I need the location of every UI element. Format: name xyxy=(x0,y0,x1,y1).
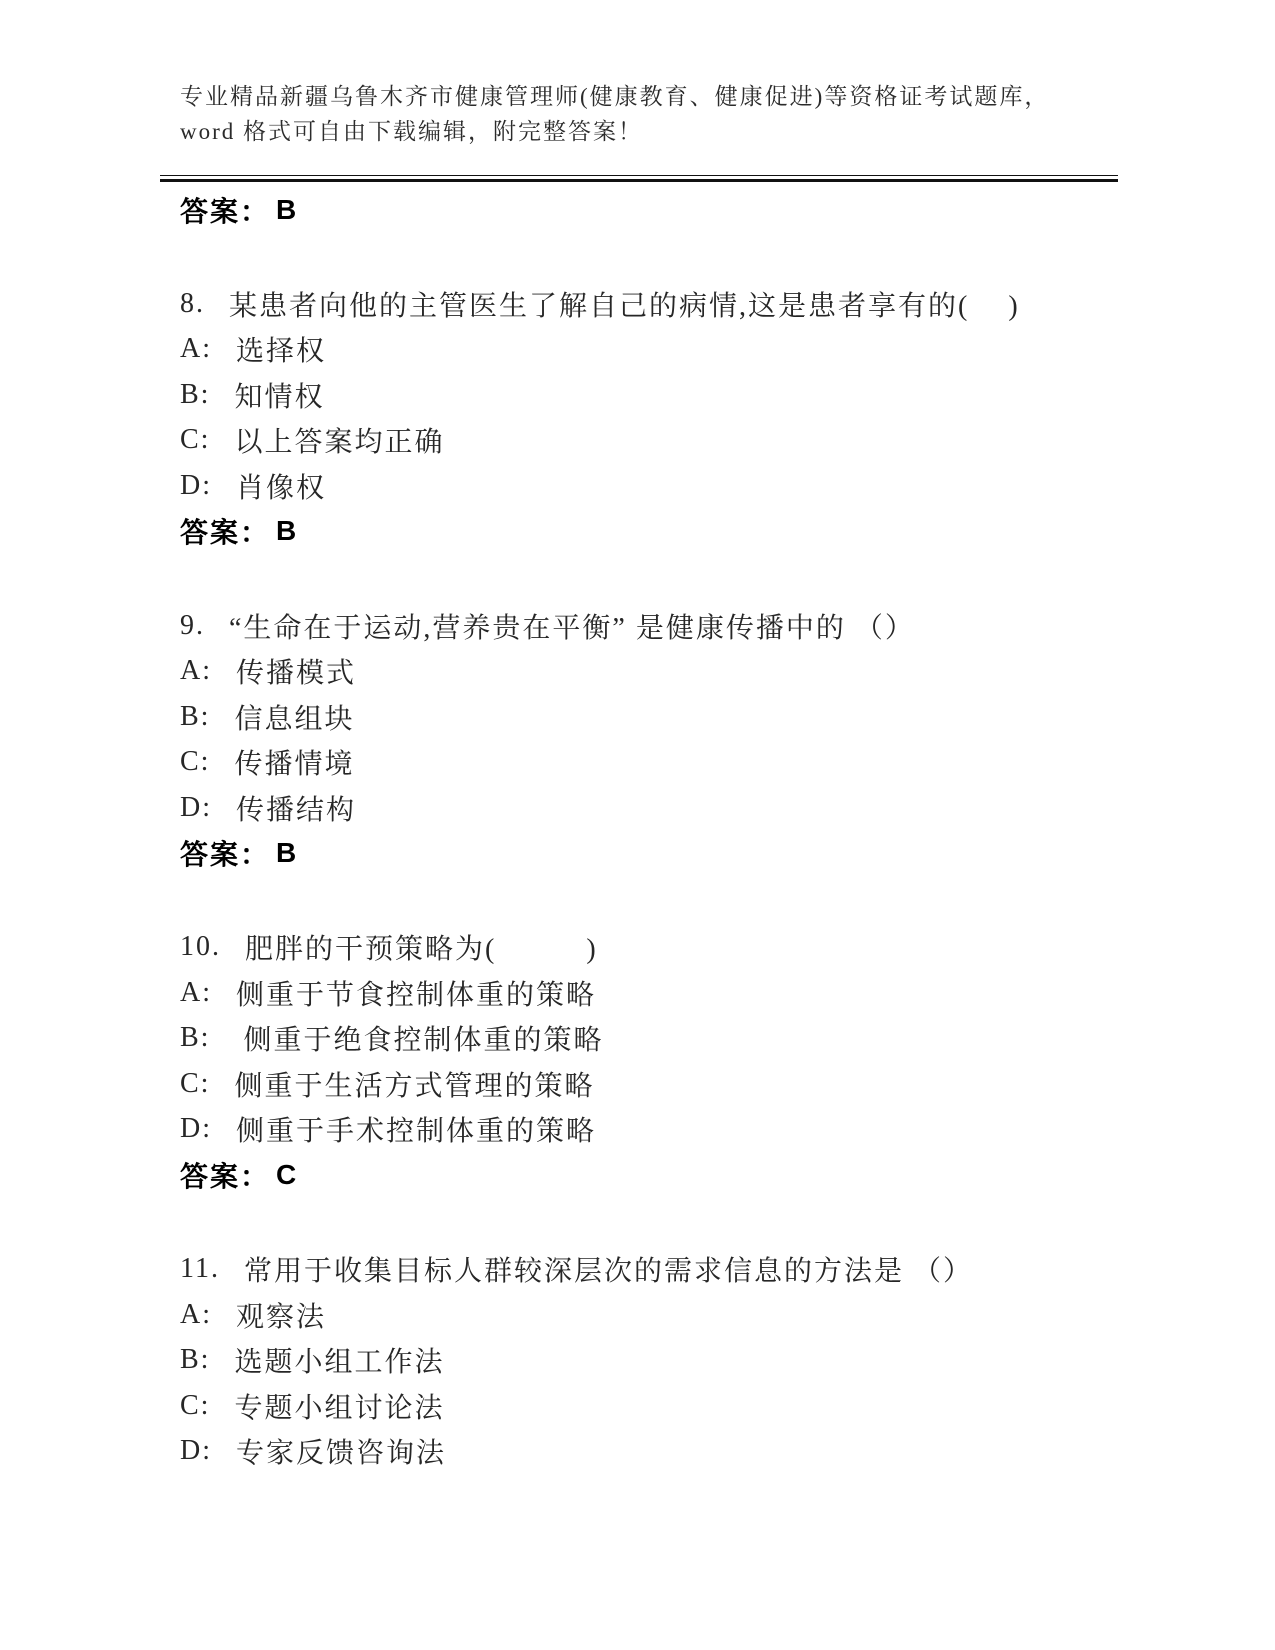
header-line-2: word 格式可自由下载编辑，附完整答案！ xyxy=(180,112,1135,147)
option-line: C:以上答案均正确 xyxy=(180,418,1135,464)
option-label: A: xyxy=(180,655,212,687)
question-text: 肥胖的干预策略为( ) xyxy=(245,927,598,967)
option-label: C: xyxy=(180,1390,210,1422)
option-line: C:专题小组讨论法 xyxy=(180,1383,1135,1429)
question-line: 11.常用于收集目标人群较深层次的需求信息的方法是 （） xyxy=(180,1246,1135,1292)
option-line: B: 侧重于绝食控制体重的策略 xyxy=(180,1016,1135,1062)
option-label: D: xyxy=(180,792,212,824)
question-number: 11. xyxy=(180,1253,220,1285)
option-label: B: xyxy=(180,1022,210,1054)
option-line: A:传播模式 xyxy=(180,648,1135,694)
option-label: C: xyxy=(180,746,210,778)
option-text: 传播情境 xyxy=(234,742,354,782)
option-label: A: xyxy=(180,1299,212,1331)
option-label: A: xyxy=(180,977,212,1009)
answer-value: C xyxy=(276,1159,298,1191)
option-text: 选题小组工作法 xyxy=(234,1340,444,1380)
answer-line: 答案：C xyxy=(180,1152,1135,1198)
option-text: 观察法 xyxy=(236,1295,326,1335)
question-text: 常用于收集目标人群较深层次的需求信息的方法是 （） xyxy=(244,1249,973,1289)
option-label: D: xyxy=(180,1435,212,1467)
answer-value: B xyxy=(276,194,298,226)
question-line: 10.肥胖的干预策略为( ) xyxy=(180,925,1135,971)
option-text: 选择权 xyxy=(236,329,326,369)
question-number: 10. xyxy=(180,931,221,963)
option-line: B:知情权 xyxy=(180,372,1135,418)
question-number: 9. xyxy=(180,610,205,642)
option-text: 知情权 xyxy=(234,375,324,415)
question-text: “生命在于运动,营养贵在平衡” 是健康传播中的 （） xyxy=(229,606,915,646)
option-text: 专题小组讨论法 xyxy=(234,1386,444,1426)
option-text: 肖像权 xyxy=(236,466,326,506)
option-line: C:侧重于生活方式管理的策略 xyxy=(180,1061,1135,1107)
answer-label: 答案： xyxy=(180,1155,270,1195)
option-line: C:传播情境 xyxy=(180,739,1135,785)
option-text: 传播结构 xyxy=(236,788,356,828)
answer-value: B xyxy=(276,515,298,547)
option-text: 侧重于手术控制体重的策略 xyxy=(236,1109,596,1149)
option-label: D: xyxy=(180,1113,212,1145)
answer-label: 答案： xyxy=(180,833,270,873)
question-text: 某患者向他的主管医生了解自己的病情,这是患者享有的( ) xyxy=(229,284,1020,324)
option-line: B:选题小组工作法 xyxy=(180,1337,1135,1383)
option-label: C: xyxy=(180,1068,210,1100)
option-line: A:选择权 xyxy=(180,327,1135,373)
option-line: D:传播结构 xyxy=(180,785,1135,831)
option-label: A: xyxy=(180,333,212,365)
document-page: 专业精品新疆乌鲁木齐市健康管理师(健康教育、健康促进)等资格证考试题库， wor… xyxy=(0,0,1275,1650)
page-header: 专业精品新疆乌鲁木齐市健康管理师(健康教育、健康促进)等资格证考试题库， wor… xyxy=(180,0,1135,182)
question-line: 9.“生命在于运动,营养贵在平衡” 是健康传播中的 （） xyxy=(180,603,1135,649)
option-line: D:肖像权 xyxy=(180,463,1135,509)
answer-value: B xyxy=(276,837,298,869)
option-line: A:观察法 xyxy=(180,1292,1135,1338)
option-line: D:侧重于手术控制体重的策略 xyxy=(180,1107,1135,1153)
header-line-1: 专业精品新疆乌鲁木齐市健康管理师(健康教育、健康促进)等资格证考试题库， xyxy=(180,77,1135,112)
option-label: B: xyxy=(180,379,210,411)
answer-label: 答案： xyxy=(180,511,270,551)
option-text: 以上答案均正确 xyxy=(234,420,444,460)
option-text: 侧重于生活方式管理的策略 xyxy=(234,1064,594,1104)
option-line: B:信息组块 xyxy=(180,694,1135,740)
page-content: 专业精品新疆乌鲁木齐市健康管理师(健康教育、健康促进)等资格证考试题库， wor… xyxy=(180,0,1135,1474)
option-text: 信息组块 xyxy=(234,697,354,737)
option-label: B: xyxy=(180,701,210,733)
answer-line: 答案：B xyxy=(180,509,1135,555)
option-label: D: xyxy=(180,470,212,502)
option-text: 专家反馈咨询法 xyxy=(236,1431,446,1471)
question-number: 8. xyxy=(180,288,205,320)
option-text: 侧重于节食控制体重的策略 xyxy=(236,973,596,1013)
answer-line: 答案：B xyxy=(180,187,1135,233)
option-line: D:专家反馈咨询法 xyxy=(180,1428,1135,1474)
option-text: 传播模式 xyxy=(236,651,356,691)
answer-label: 答案： xyxy=(180,190,270,230)
option-line: A:侧重于节食控制体重的策略 xyxy=(180,970,1135,1016)
option-text: 侧重于绝食控制体重的策略 xyxy=(234,1018,603,1058)
option-label: B: xyxy=(180,1344,210,1376)
answer-line: 答案：B xyxy=(180,830,1135,876)
option-label: C: xyxy=(180,424,210,456)
question-line: 8.某患者向他的主管医生了解自己的病情,这是患者享有的( ) xyxy=(180,281,1135,327)
header-divider xyxy=(160,175,1118,182)
